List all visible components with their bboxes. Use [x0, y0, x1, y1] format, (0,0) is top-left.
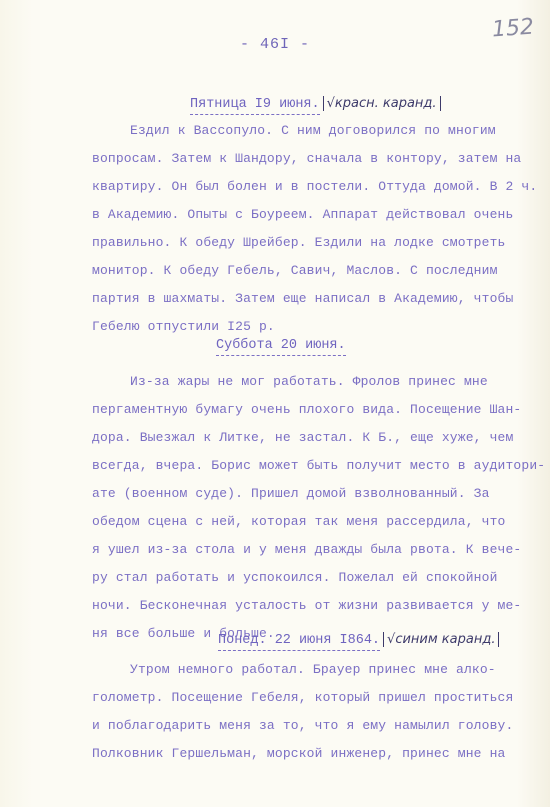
text-line: правильно. К обеду Шрейбер. Ездили на ло… — [92, 229, 512, 257]
text-line: пергаментную бумагу очень плохого вида. … — [92, 396, 512, 424]
text-line: обедом сцена с ней, которая так меня рас… — [92, 508, 512, 536]
entry-body-monday: Утром немного работал. Брауер принес мне… — [92, 656, 512, 768]
entry-body-friday: Ездил к Вассопуло. С ним договорился по … — [92, 117, 512, 341]
text-line: ру стал работать и успокоился. Пожелал е… — [92, 564, 512, 592]
text-line: квартиру. Он был болен и в постели. Отту… — [92, 173, 512, 201]
entry-date: Суббота 20 июня. — [216, 338, 346, 356]
text-line: монитор. К обеду Гебель, Савич, Маслов. … — [92, 257, 512, 285]
pencil-note: √красн. каранд. — [323, 96, 441, 111]
text-line: голометр. Посещение Гебеля, который приш… — [92, 684, 512, 712]
text-line: я ушел из-за стола и у меня дважды была … — [92, 536, 512, 564]
text-line: Гебелю отпустили I25 р. — [92, 313, 512, 341]
text-line: Из-за жары не мог работать. Фролов прине… — [92, 368, 512, 396]
page-number: - 46I - — [240, 36, 310, 53]
entry-body-saturday: Из-за жары не мог работать. Фролов прине… — [92, 368, 512, 648]
text-line: Полковник Гершельман, морской инженер, п… — [92, 740, 512, 768]
text-line: Ездил к Вассопуло. С ним договорился по … — [92, 117, 512, 145]
entry-heading-saturday: Суббота 20 июня. — [216, 338, 346, 353]
entry-heading-friday: Пятница I9 июня.√красн. каранд. — [190, 96, 441, 112]
text-line: и поблагодарить меня за то, что я ему на… — [92, 712, 512, 740]
text-line: партия в шахматы. Затем еще написал в Ак… — [92, 285, 512, 313]
text-line: в Академию. Опыты с Боуреем. Аппарат дей… — [92, 201, 512, 229]
entry-date: Пятница I9 июня. — [190, 97, 320, 115]
text-line: дора. Выезжал к Литке, не застал. К Б., … — [92, 424, 512, 452]
entry-heading-monday: Понед. 22 июня I864.√синим каранд. — [218, 632, 499, 648]
document-page: - 46I - 152 Пятница I9 июня.√красн. кара… — [0, 0, 550, 807]
text-line: Утром немного работал. Брауер принес мне… — [92, 656, 512, 684]
entry-date: Понед. 22 июня I864. — [218, 633, 380, 651]
text-line: всегда, вчера. Борис может быть получит … — [92, 452, 512, 480]
pencil-note: √синим каранд. — [383, 632, 499, 647]
text-line: ночи. Бесконечная усталость от жизни раз… — [92, 592, 512, 620]
archive-folio-number: 152 — [491, 15, 535, 43]
text-line: ате (военном суде). Пришел домой взволно… — [92, 480, 512, 508]
text-line: вопросам. Затем к Шандору, сначала в кон… — [92, 145, 512, 173]
